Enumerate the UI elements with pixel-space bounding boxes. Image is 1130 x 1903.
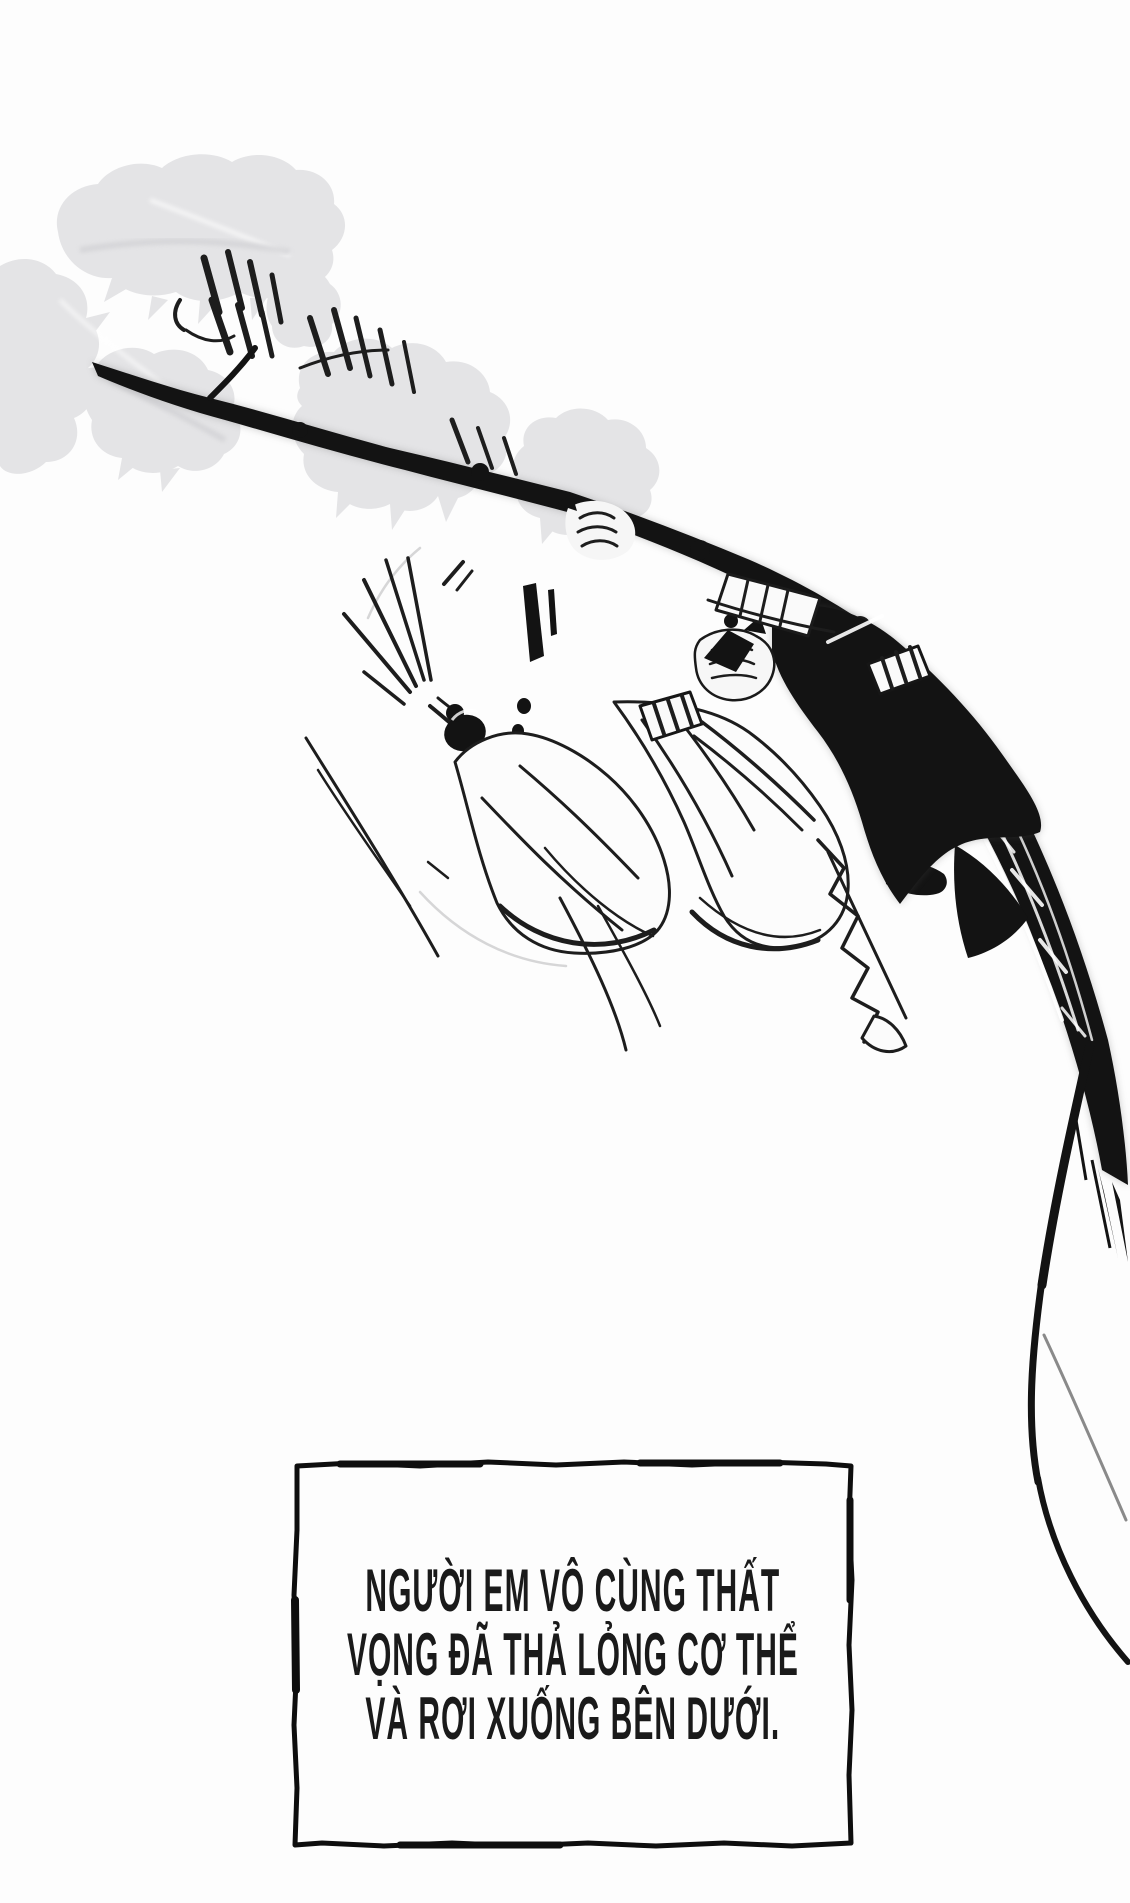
falling-figure [306, 548, 669, 1050]
caption-line-2: VỌNG ĐÃ THẢ LỎNG CƠ THỂ [347, 1623, 799, 1687]
billowing-robe [455, 733, 669, 1050]
caption-line-1: NGƯỜI EM VÔ CÙNG THẤT [366, 1559, 781, 1623]
speed-lines [306, 738, 448, 956]
caption-box: NGƯỜI EM VÔ CÙNG THẤT VỌNG ĐÃ THẢ LỎNG C… [295, 1464, 851, 1846]
caption-line-3: VÀ RƠI XUỐNG BÊN DƯỚI. [366, 1687, 781, 1751]
reaching-figure [556, 494, 1041, 1052]
comic-page: NGƯỜI EM VÔ CÙNG THẤT VỌNG ĐÃ THẢ LỎNG C… [0, 0, 1130, 1903]
